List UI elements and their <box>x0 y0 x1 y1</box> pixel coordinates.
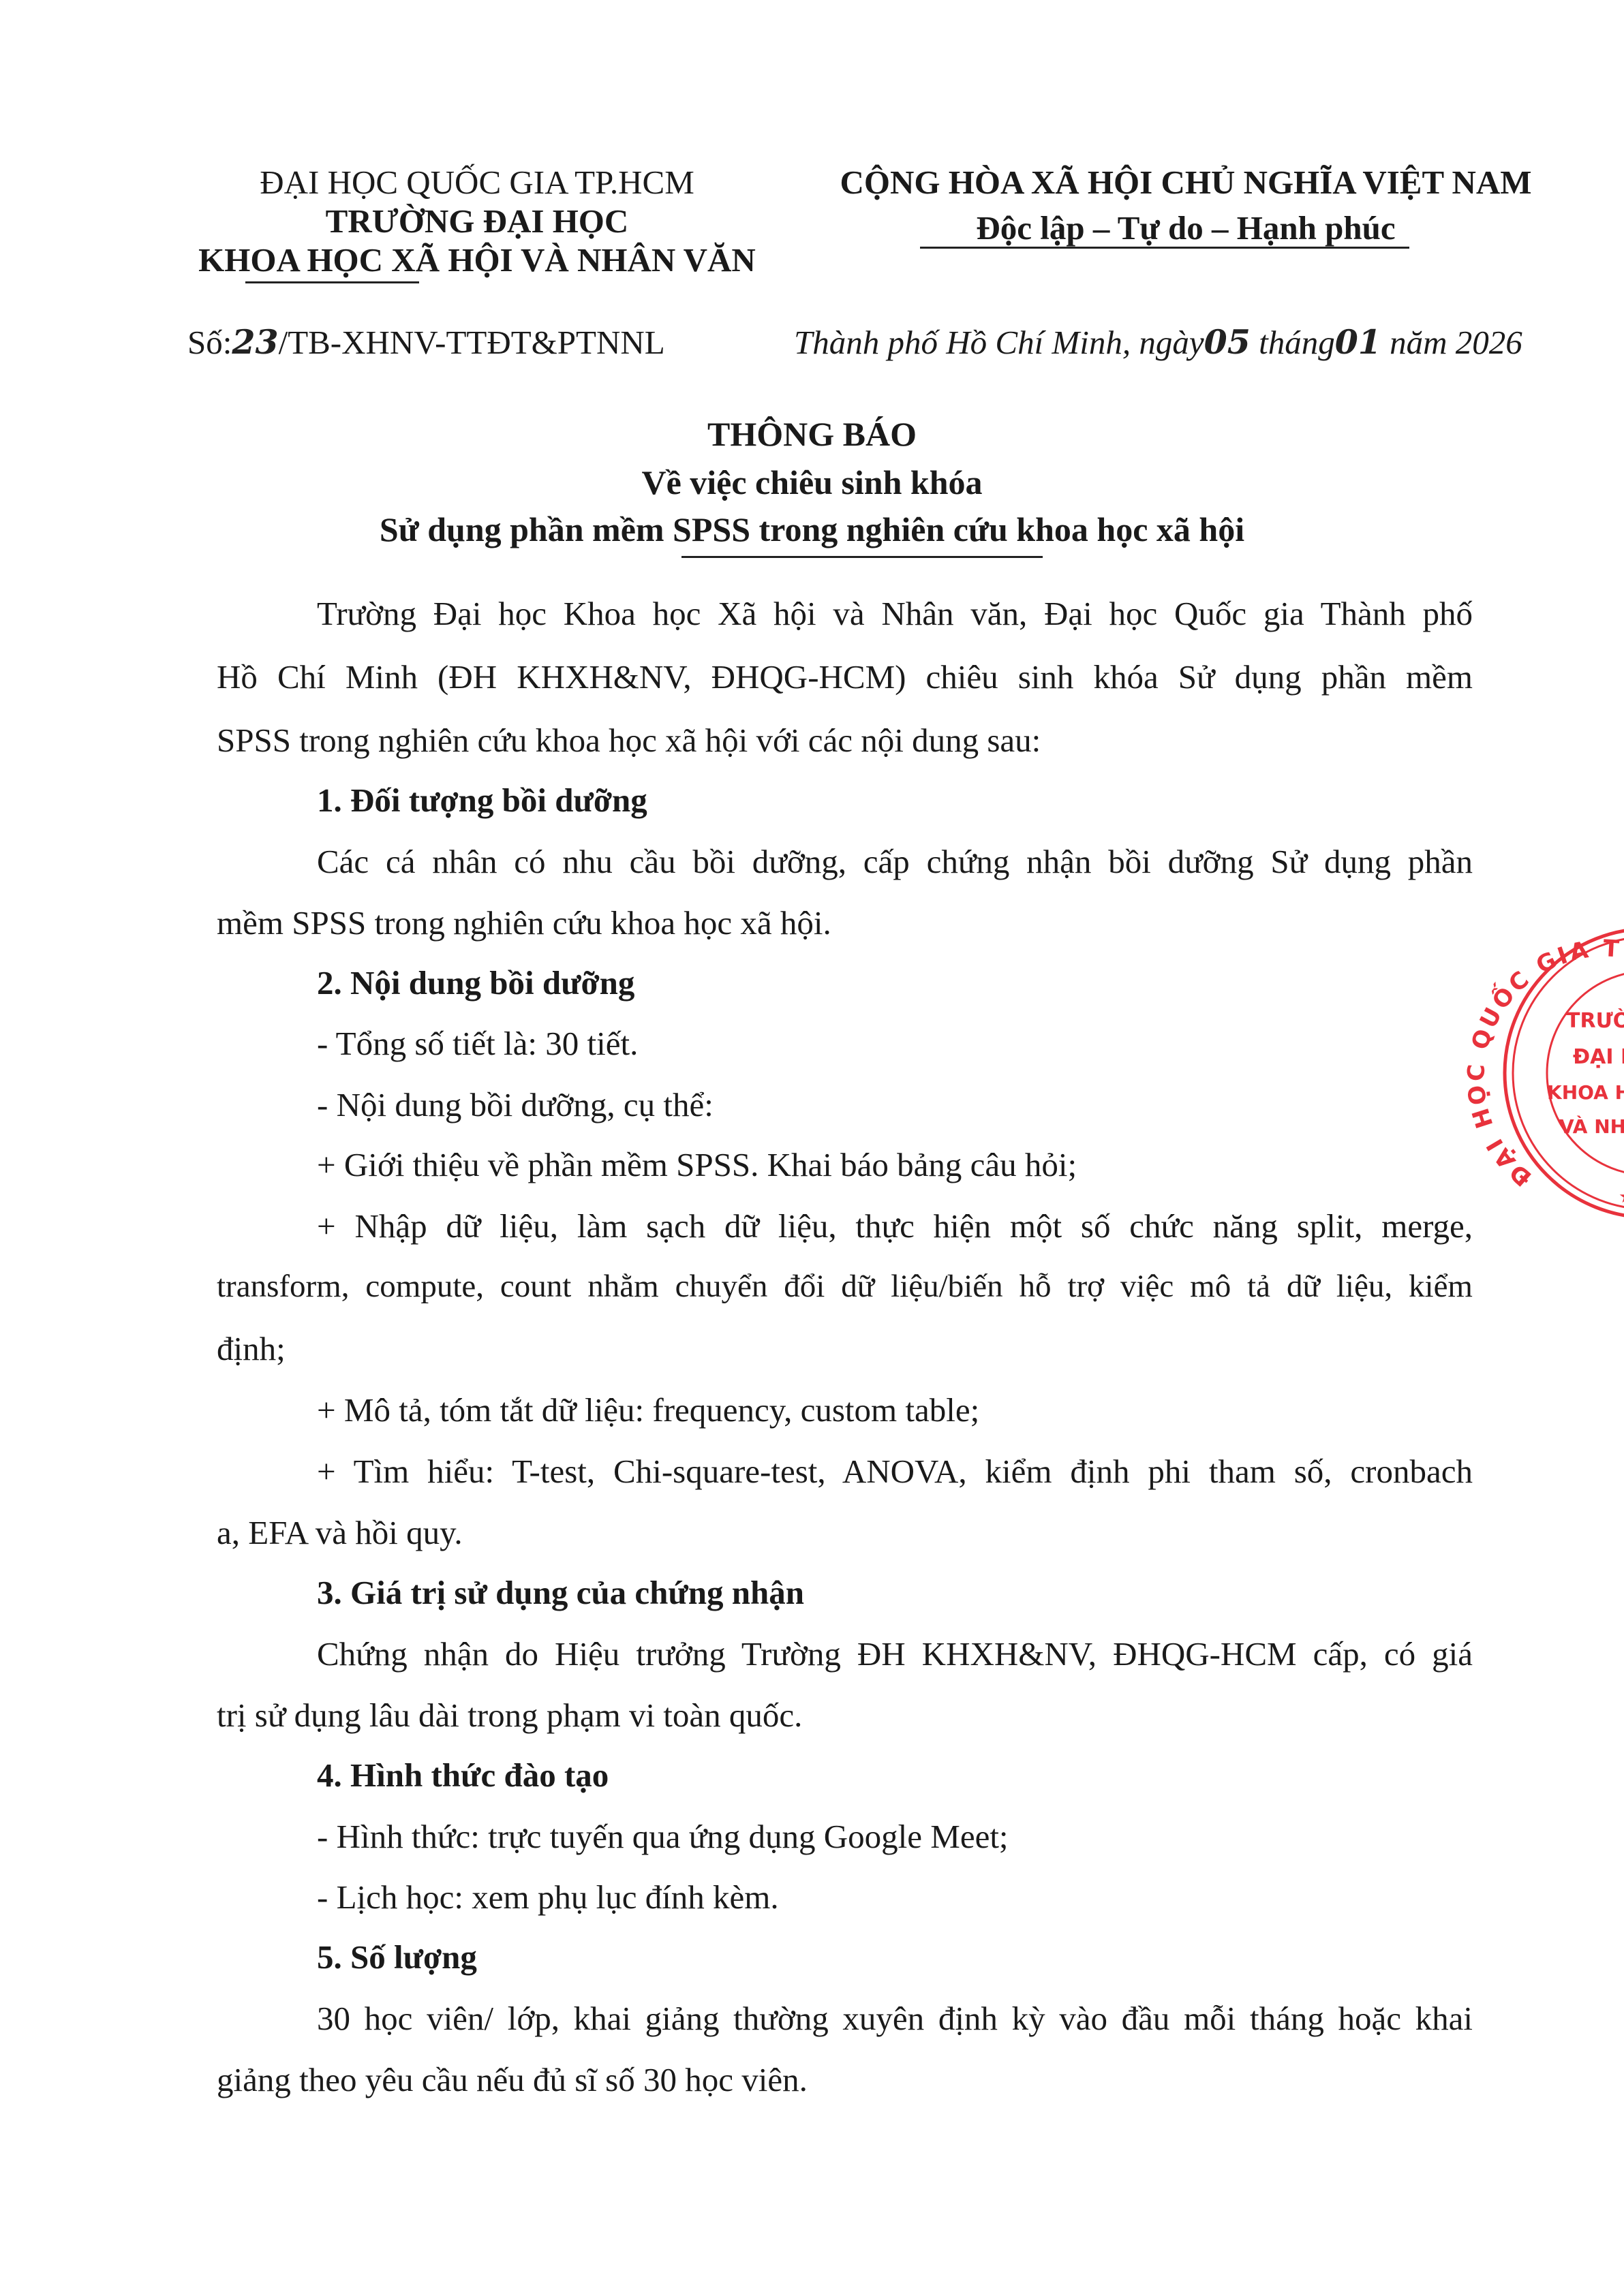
intro-paragraph-line-1: Trường Đại học Khoa học Xã hội và Nhân v… <box>317 597 1473 630</box>
section-4-line-2: - Lịch học: xem phụ lục đính kèm. <box>317 1880 779 1914</box>
section-4-heading: 4. Hình thức đào tạo <box>317 1758 609 1792</box>
section-3-line-2: trị sử dụng lâu dài trong phạm vi toàn q… <box>217 1698 802 1732</box>
intro-line-2-text: Hồ Chí Minh (ĐH KHXH&NV, ĐHQG-HCM) chiêu… <box>217 660 1473 694</box>
document-body: Trường Đại học Khoa học Xã hội và Nhân v… <box>217 0 1473 2296</box>
section-5-line-2: giảng theo yêu cầu nếu đủ sĩ số 30 học v… <box>217 2063 808 2096</box>
seal-inner-line-3: KHOA HỌ <box>1547 1081 1624 1104</box>
seal-inner-line-4: VÀ NHÂ <box>1559 1115 1624 1138</box>
section-2-line-9: a, EFA và hồi quy. <box>217 1516 463 1549</box>
section-2-line-3: + Giới thiệu về phần mềm SPSS. Khai báo … <box>317 1148 1077 1181</box>
section-5-line-1: 30 học viên/ lớp, khai giảng thường xuyê… <box>317 2002 1473 2035</box>
section-2-line-8-text: + Tìm hiểu: T-test, Chi-square-test, ANO… <box>317 1455 1473 1488</box>
intro-paragraph-line-2: Hồ Chí Minh (ĐH KHXH&NV, ĐHQG-HCM) chiêu… <box>217 660 1473 694</box>
seal-icon: ĐẠI HỌC QUỐC GIA THÀ TRƯỜ ĐẠI H KHOA HỌ … <box>1465 916 1624 1230</box>
section-2-line-2: - Nội dung bồi dưỡng, cụ thể: <box>317 1088 714 1121</box>
section-2-heading: 2. Nội dung bồi dưỡng <box>317 966 634 999</box>
official-seal-stamp: ĐẠI HỌC QUỐC GIA THÀ TRƯỜ ĐẠI H KHOA HỌ … <box>1465 916 1624 1230</box>
section-2-line-4-text: + Nhập dữ liệu, làm sạch dữ liệu, thực h… <box>317 1209 1473 1243</box>
section-2-line-8: + Tìm hiểu: T-test, Chi-square-test, ANO… <box>317 1455 1473 1488</box>
seal-star-icon: ★ <box>1619 1187 1624 1207</box>
section-3-line-1-text: Chứng nhận do Hiệu trưởng Trường ĐH KHXH… <box>317 1637 1473 1671</box>
seal-inner-line-2: ĐẠI H <box>1573 1045 1624 1069</box>
section-1-line-1-text: Các cá nhân có nhu cầu bồi dưỡng, cấp ch… <box>317 845 1473 878</box>
section-3-heading: 3. Giá trị sử dụng của chứng nhận <box>317 1576 804 1609</box>
intro-line-1-text: Trường Đại học Khoa học Xã hội và Nhân v… <box>317 597 1473 630</box>
section-5-line-1-text: 30 học viên/ lớp, khai giảng thường xuyê… <box>317 2002 1473 2035</box>
section-2-line-5-text: transform, compute, count nhằm chuyển đổ… <box>217 1271 1473 1303</box>
section-2-line-4: + Nhập dữ liệu, làm sạch dữ liệu, thực h… <box>317 1209 1473 1243</box>
section-3-line-1: Chứng nhận do Hiệu trưởng Trường ĐH KHXH… <box>317 1637 1473 1671</box>
intro-paragraph-line-3: SPSS trong nghiên cứu khoa học xã hội vớ… <box>217 724 1041 757</box>
section-1-line-2: mềm SPSS trong nghiên cứu khoa học xã hộ… <box>217 906 831 940</box>
section-1-line-1: Các cá nhân có nhu cầu bồi dưỡng, cấp ch… <box>317 845 1473 878</box>
section-2-line-6: định; <box>217 1332 286 1365</box>
section-1-heading: 1. Đối tượng bồi dưỡng <box>317 784 647 817</box>
section-2-line-5: transform, compute, count nhằm chuyển đổ… <box>217 1271 1473 1303</box>
section-4-line-1: - Hình thức: trực tuyến qua ứng dụng Goo… <box>317 1820 1009 1853</box>
section-2-line-7: + Mô tả, tóm tắt dữ liệu: frequency, cus… <box>317 1393 979 1427</box>
seal-inner-line-1: TRƯỜ <box>1566 1008 1624 1033</box>
section-5-heading: 5. Số lượng <box>317 1940 477 1974</box>
section-2-line-1: - Tổng số tiết là: 30 tiết. <box>317 1027 638 1060</box>
